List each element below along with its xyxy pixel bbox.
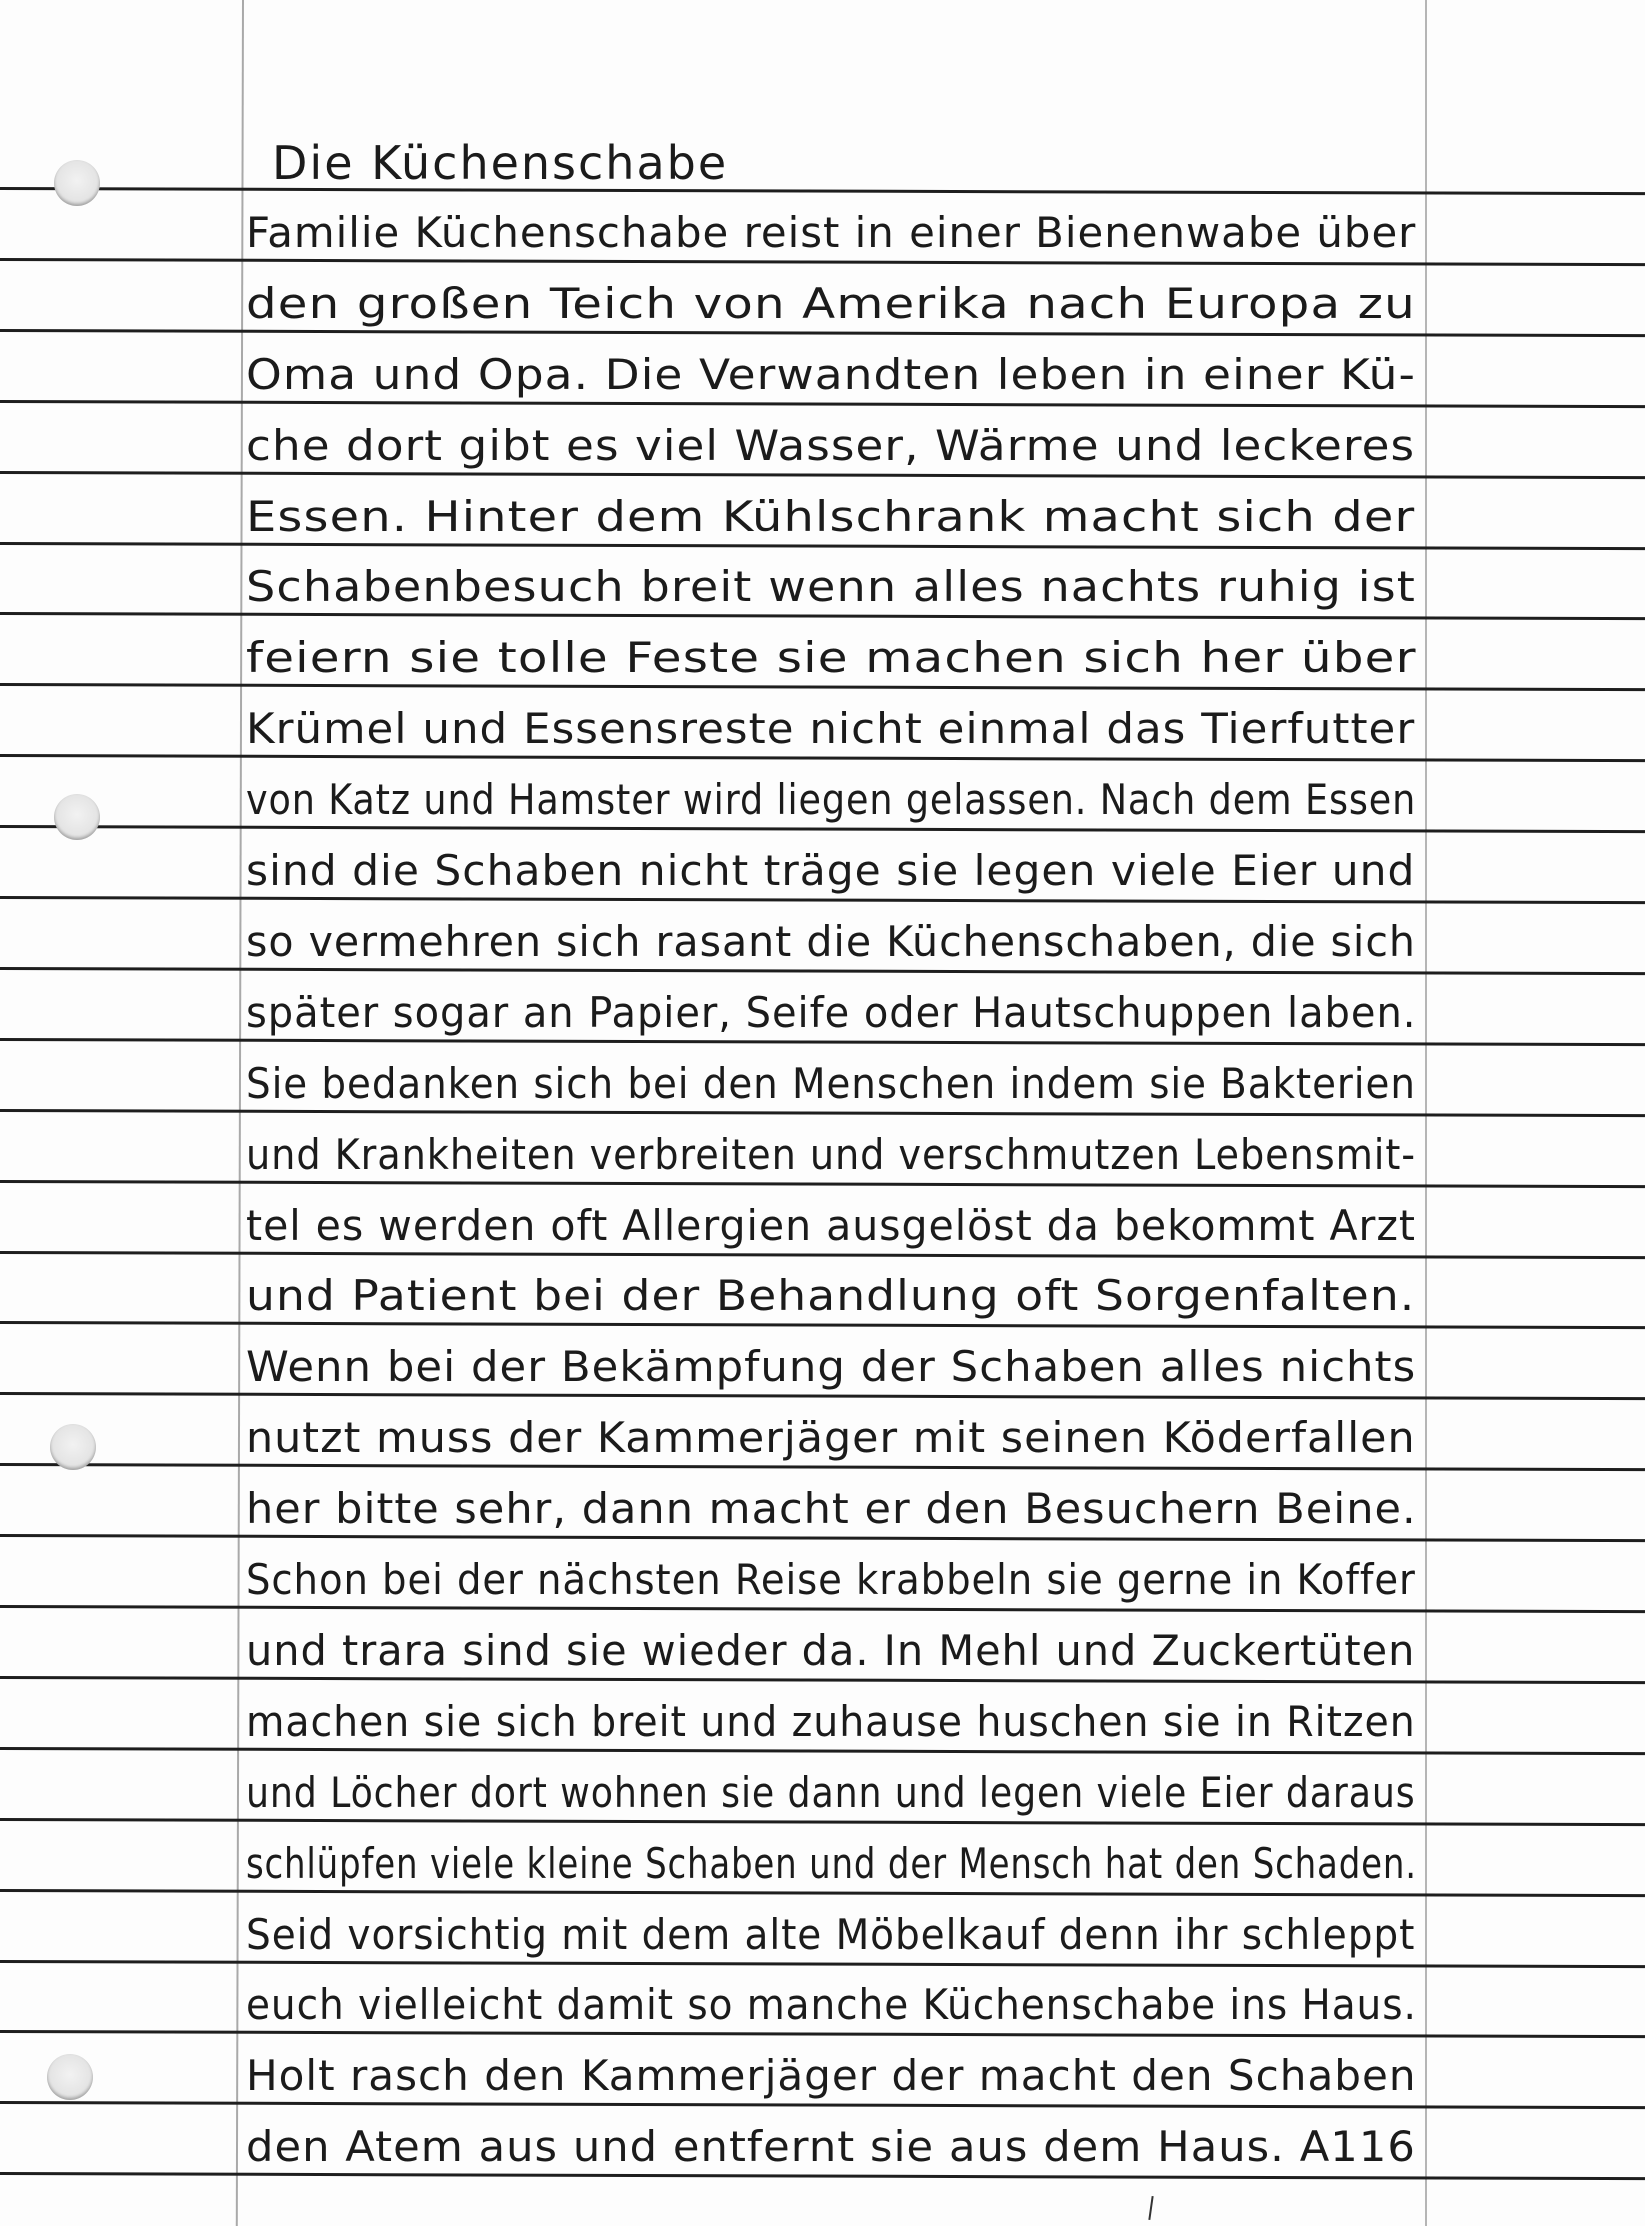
essay-line: und Krankheiten verbreiten und verschmut… (246, 1134, 1416, 1176)
essay-line: euch vielleicht damit so manche Küchensc… (246, 1984, 1417, 2026)
ruled-line (0, 683, 1645, 691)
essay-line: und Löcher dort wohnen sie dann und lege… (246, 1772, 1416, 1814)
ruled-line (0, 1605, 1645, 1613)
essay-line: che dort gibt es viel Wasser, Wärme und … (246, 425, 1415, 467)
ruled-line (0, 2030, 1645, 2038)
punch-hole (50, 1424, 96, 1470)
essay-line: Wenn bei der Bekämpfung der Schaben alle… (246, 1346, 1416, 1388)
ruled-line (0, 896, 1645, 904)
essay-line: schlüpfen viele kleine Schaben und der M… (246, 1843, 1417, 1885)
essay-line: und trara sind sie wieder da. In Mehl un… (246, 1630, 1415, 1672)
ruled-line (0, 1889, 1645, 1897)
essay-line: nutzt muss der Kammerjäger mit seinen Kö… (246, 1417, 1416, 1459)
ruled-line (0, 612, 1645, 620)
notebook-page: Die Küchenschabe Familie Küchenschabe re… (0, 0, 1645, 2226)
essay-line: den großen Teich von Amerika nach Europa… (246, 283, 1416, 325)
ruled-line (0, 471, 1645, 479)
essay-line: Holt rasch den Kammerjäger der macht den… (246, 2055, 1417, 2097)
essay-line: Familie Küchenschabe reist in einer Bien… (246, 212, 1416, 254)
essay-line: Krümel und Essensreste nicht einmal das … (246, 708, 1415, 750)
ruled-line (0, 1251, 1645, 1259)
essay-line: tel es werden oft Allergien ausgelöst da… (246, 1205, 1416, 1247)
ruled-line (0, 1392, 1645, 1400)
ruled-line (0, 542, 1645, 550)
ruled-line (0, 1180, 1645, 1188)
essay-line: machen sie sich breit und zuhause husche… (246, 1701, 1416, 1743)
essay-line: und Patient bei der Behandlung oft Sorge… (246, 1275, 1415, 1317)
punch-hole (54, 794, 100, 840)
essay-title: Die Küchenschabe (272, 140, 728, 186)
essay-line: Essen. Hinter dem Kühlschrank macht sich… (246, 496, 1415, 538)
ruled-line (0, 1747, 1645, 1755)
ruled-line (0, 1676, 1645, 1684)
essay-line: sind die Schaben nicht träge sie legen v… (246, 850, 1415, 892)
ruled-line (0, 754, 1645, 762)
ruled-line (0, 400, 1645, 408)
ruled-line (0, 1038, 1645, 1046)
ruled-line (0, 2101, 1645, 2109)
essay-line: Oma und Opa. Die Verwandten leben in ein… (246, 354, 1416, 396)
essay-line: so vermehren sich rasant die Küchenschab… (246, 921, 1416, 963)
essay-line: später sogar an Papier, Seife oder Hauts… (246, 992, 1416, 1034)
ruled-line (0, 258, 1645, 266)
ruled-line (0, 1960, 1645, 1968)
essay-line: Schon bei der nächsten Reise krabbeln si… (246, 1559, 1416, 1601)
ruled-line (0, 825, 1645, 833)
ruled-line (0, 1109, 1645, 1117)
essay-line: her bitte sehr, dann macht er den Besuch… (246, 1488, 1417, 1530)
essay-line: Schabenbesuch breit wenn alles nachts ru… (246, 566, 1416, 608)
essay-line: feiern sie tolle Feste sie machen sich h… (246, 637, 1417, 679)
punch-hole (47, 2054, 93, 2100)
ruled-line (0, 1463, 1645, 1471)
ruled-line (0, 1818, 1645, 1826)
ruled-line (0, 1321, 1645, 1329)
punch-hole (54, 160, 100, 206)
essay-line: Sie bedanken sich bei den Menschen indem… (246, 1063, 1416, 1105)
ruled-line (0, 1534, 1645, 1542)
ruled-line (0, 187, 1645, 195)
ruled-line (0, 967, 1645, 975)
ruled-line (0, 2172, 1645, 2180)
pen-mark (1148, 2196, 1153, 2220)
essay-line: den Atem aus und entfernt sie aus dem Ha… (246, 2126, 1416, 2168)
ruled-line (0, 329, 1645, 337)
essay-line: Seid vorsichtig mit dem alte Möbelkauf d… (246, 1914, 1415, 1956)
essay-line: von Katz und Hamster wird liegen gelasse… (246, 779, 1416, 821)
